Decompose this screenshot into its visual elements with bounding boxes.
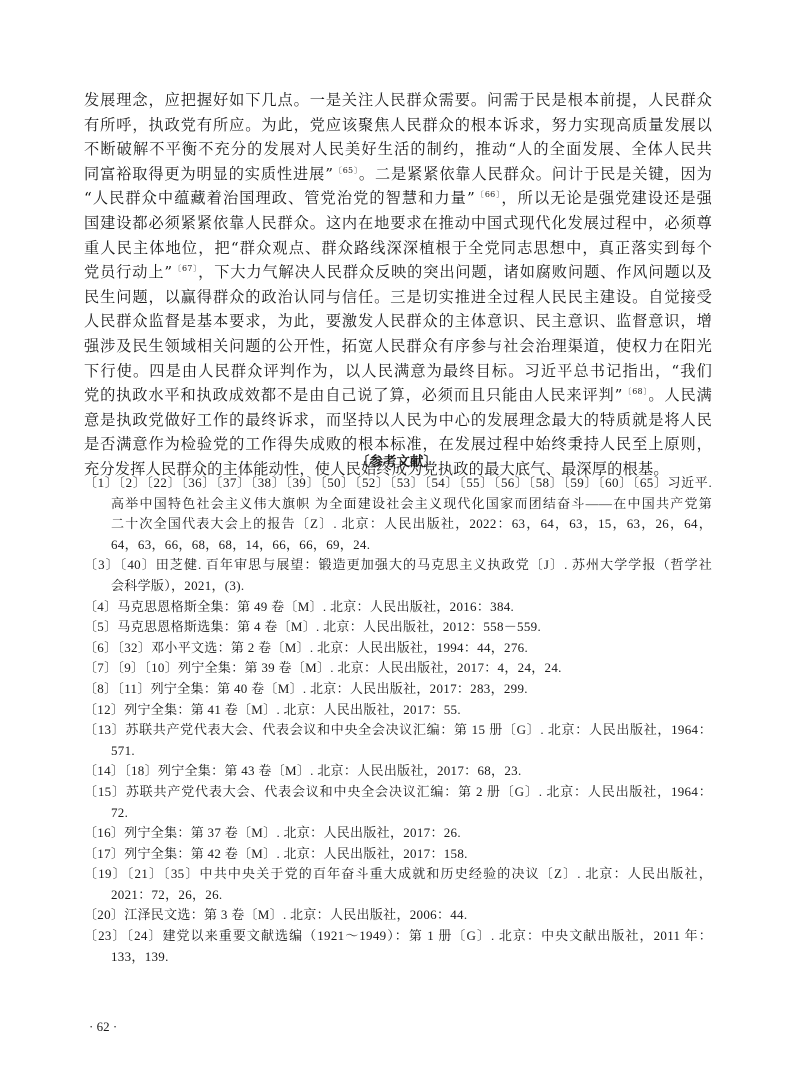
document-page: 发展理念，应把握好如下几点。一是关注人民群众需要。问需于民是根本前提，人民群众 …: [0, 0, 793, 1077]
reference-item: 〔8〕〔11〕列宁全集：第 40 卷〔M〕. 北京：人民出版社，2017：283…: [84, 679, 712, 700]
reference-line: 〔7〕〔9〕〔10〕列宁全集：第 39 卷〔M〕. 北京：人民出版社，2017：…: [84, 658, 712, 679]
reference-line: 72.: [84, 803, 712, 824]
reference-line: 二十次全国代表大会上的报告〔Z〕. 北京：人民出版社，2022：63，64，63…: [84, 514, 712, 535]
reference-line: 〔6〕〔32〕邓小平文选：第 2 卷〔M〕. 北京：人民出版社，1994：44，…: [84, 638, 712, 659]
reference-item: 〔3〕〔40〕田芝健. 百年审思与展望：锻造更加强大的马克思主义执政党〔J〕. …: [84, 555, 712, 596]
reference-line: 〔17〕列宁全集：第 42 卷〔M〕. 北京：人民出版社，2017：158.: [84, 844, 712, 865]
reference-line: 〔1〕〔2〕〔22〕〔36〕〔37〕〔38〕〔39〕〔50〕〔52〕〔53〕〔5…: [84, 473, 712, 494]
body-line: 强涉及民生领域相关问题的公开性，拓宽人民群众有序参与社会治理渠道，使权力在阳光: [84, 334, 712, 359]
body-text-span: 。二是紧紧依靠人民群众。问计于民是关键，因为: [359, 165, 712, 183]
reference-line: 〔12〕列宁全集：第 41 卷〔M〕. 北京：人民出版社，2017：55.: [84, 700, 712, 721]
reference-item: 〔5〕马克思恩格斯选集：第 4 卷〔M〕. 北京：人民出版社，2012：558－…: [84, 617, 712, 638]
body-paragraph: 发展理念，应把握好如下几点。一是关注人民群众需要。问需于民是根本前提，人民群众 …: [84, 88, 712, 482]
body-text-span: 党员行动上”: [84, 263, 172, 281]
reference-line: 〔19〕〔21〕〔35〕中共中央关于党的百年奋斗重大成就和历史经验的决议〔Z〕.…: [84, 864, 712, 885]
reference-line: 〔5〕马克思恩格斯选集：第 4 卷〔M〕. 北京：人民出版社，2012：558－…: [84, 617, 712, 638]
body-line: 重人民主体地位，把“群众观点、群众路线深深植根于全党同志思想中，真正落实到每个: [84, 236, 712, 261]
reference-item: 〔1〕〔2〕〔22〕〔36〕〔37〕〔38〕〔39〕〔50〕〔52〕〔53〕〔5…: [84, 473, 712, 555]
references-heading: 〔参考文献〕: [0, 452, 793, 472]
body-line: 同富裕取得更为明显的实质性进展”〔65〕。二是紧紧依靠人民群众。问计于民是关键，…: [84, 162, 712, 187]
body-text-span: ，所以无论是强党建设还是强: [501, 189, 712, 207]
footnote-ref-66: 〔66〕: [475, 190, 502, 199]
body-line: 发展理念，应把握好如下几点。一是关注人民群众需要。问需于民是根本前提，人民群众: [84, 88, 712, 113]
reference-item: 〔15〕苏联共产党代表大会、代表会议和中央全会决议汇编：第 2 册〔G〕. 北京…: [84, 782, 712, 823]
reference-line: 133，139.: [84, 947, 712, 968]
reference-line: 2021：72，26，26.: [84, 885, 712, 906]
body-line: 意是执政党做好工作的最终诉求，而坚持以人民为中心的发展理念最大的特质就是将人民: [84, 408, 712, 433]
reference-item: 〔19〕〔21〕〔35〕中共中央关于党的百年奋斗重大成就和历史经验的决议〔Z〕.…: [84, 864, 712, 905]
reference-line: 64，63，66，68，68，14，66，66，69，24.: [84, 535, 712, 556]
reference-line: 〔14〕〔18〕列宁全集：第 43 卷〔M〕. 北京：人民出版社，2017：68…: [84, 761, 712, 782]
reference-line: 〔4〕马克思恩格斯全集：第 49 卷〔M〕. 北京：人民出版社，2016：384…: [84, 597, 712, 618]
body-text-span: “人民群众中蕴藏着治国理政、管党治党的智慧和力量”: [84, 189, 475, 207]
reference-line: 〔8〕〔11〕列宁全集：第 40 卷〔M〕. 北京：人民出版社，2017：283…: [84, 679, 712, 700]
body-line: 下行使。四是由人民群众评判作为，以人民满意为最终目标。习近平总书记指出，“我们: [84, 359, 712, 384]
body-text-span: ，下大力气解决人民群众反映的突出问题，诸如腐败问题、作风问题以及: [198, 263, 712, 281]
reference-line: 〔23〕〔24〕建党以来重要文献选编（1921～1949）：第 1 册〔G〕. …: [84, 926, 712, 947]
reference-line: 571.: [84, 741, 712, 762]
reference-line: 会科学版），2021，(3).: [84, 576, 712, 597]
footnote-ref-65: 〔65〕: [333, 166, 359, 175]
reference-item: 〔14〕〔18〕列宁全集：第 43 卷〔M〕. 北京：人民出版社，2017：68…: [84, 761, 712, 782]
reference-line: 〔3〕〔40〕田芝健. 百年审思与展望：锻造更加强大的马克思主义执政党〔J〕. …: [84, 555, 712, 576]
references-list: 〔1〕〔2〕〔22〕〔36〕〔37〕〔38〕〔39〕〔50〕〔52〕〔53〕〔5…: [84, 473, 712, 967]
reference-item: 〔7〕〔9〕〔10〕列宁全集：第 39 卷〔M〕. 北京：人民出版社，2017：…: [84, 658, 712, 679]
body-line: 不断破解不平衡不充分的发展对人民美好生活的制约，推动“人的全面发展、全体人民共: [84, 137, 712, 162]
reference-item: 〔23〕〔24〕建党以来重要文献选编（1921～1949）：第 1 册〔G〕. …: [84, 926, 712, 967]
reference-line: 〔16〕列宁全集：第 37 卷〔M〕. 北京：人民出版社，2017：26.: [84, 823, 712, 844]
footnote-ref-68: 〔68〕: [623, 387, 649, 396]
body-text-span: 党的执政水平和执政成效都不是由自己说了算，必须而且只能由人民来评判”: [84, 386, 623, 404]
reference-item: 〔17〕列宁全集：第 42 卷〔M〕. 北京：人民出版社，2017：158.: [84, 844, 712, 865]
body-text-span: 同富裕取得更为明显的实质性进展”: [84, 165, 333, 183]
page-number: · 62 ·: [89, 1017, 117, 1037]
reference-line: 高举中国特色社会主义伟大旗帜 为全面建设社会主义现代化国家而团结奋斗——在中国共…: [84, 494, 712, 515]
reference-line: 〔20〕江泽民文选：第 3 卷〔M〕. 北京：人民出版社，2006：44.: [84, 905, 712, 926]
reference-item: 〔16〕列宁全集：第 37 卷〔M〕. 北京：人民出版社，2017：26.: [84, 823, 712, 844]
body-text-span: 。人民满: [648, 386, 712, 404]
body-line: 人民群众监督是基本要求，为此，要激发人民群众的主体意识、民主意识、监督意识，增: [84, 309, 712, 334]
body-line: 有所呼，执政党有所应。为此，党应该聚焦人民群众的根本诉求，努力实现高质量发展以: [84, 113, 712, 138]
reference-item: 〔20〕江泽民文选：第 3 卷〔M〕. 北京：人民出版社，2006：44.: [84, 905, 712, 926]
reference-item: 〔6〕〔32〕邓小平文选：第 2 卷〔M〕. 北京：人民出版社，1994：44，…: [84, 638, 712, 659]
body-line: 国建设都必须紧紧依靠人民群众。这内在地要求在推动中国式现代化发展过程中，必须尊: [84, 211, 712, 236]
body-line: 党的执政水平和执政成效都不是由自己说了算，必须而且只能由人民来评判”〔68〕。人…: [84, 383, 712, 408]
body-line: 民生问题，以赢得群众的政治认同与信任。三是切实推进全过程人民民主建设。自觉接受: [84, 285, 712, 310]
reference-item: 〔13〕苏联共产党代表大会、代表会议和中央全会决议汇编：第 15 册〔G〕. 北…: [84, 720, 712, 761]
reference-item: 〔4〕马克思恩格斯全集：第 49 卷〔M〕. 北京：人民出版社，2016：384…: [84, 597, 712, 618]
body-line: 党员行动上”〔67〕，下大力气解决人民群众反映的突出问题，诸如腐败问题、作风问题…: [84, 260, 712, 285]
reference-item: 〔12〕列宁全集：第 41 卷〔M〕. 北京：人民出版社，2017：55.: [84, 700, 712, 721]
reference-line: 〔13〕苏联共产党代表大会、代表会议和中央全会决议汇编：第 15 册〔G〕. 北…: [84, 720, 712, 741]
body-line: “人民群众中蕴藏着治国理政、管党治党的智慧和力量”〔66〕，所以无论是强党建设还…: [84, 186, 712, 211]
reference-line: 〔15〕苏联共产党代表大会、代表会议和中央全会决议汇编：第 2 册〔G〕. 北京…: [84, 782, 712, 803]
footnote-ref-67: 〔67〕: [172, 264, 198, 273]
